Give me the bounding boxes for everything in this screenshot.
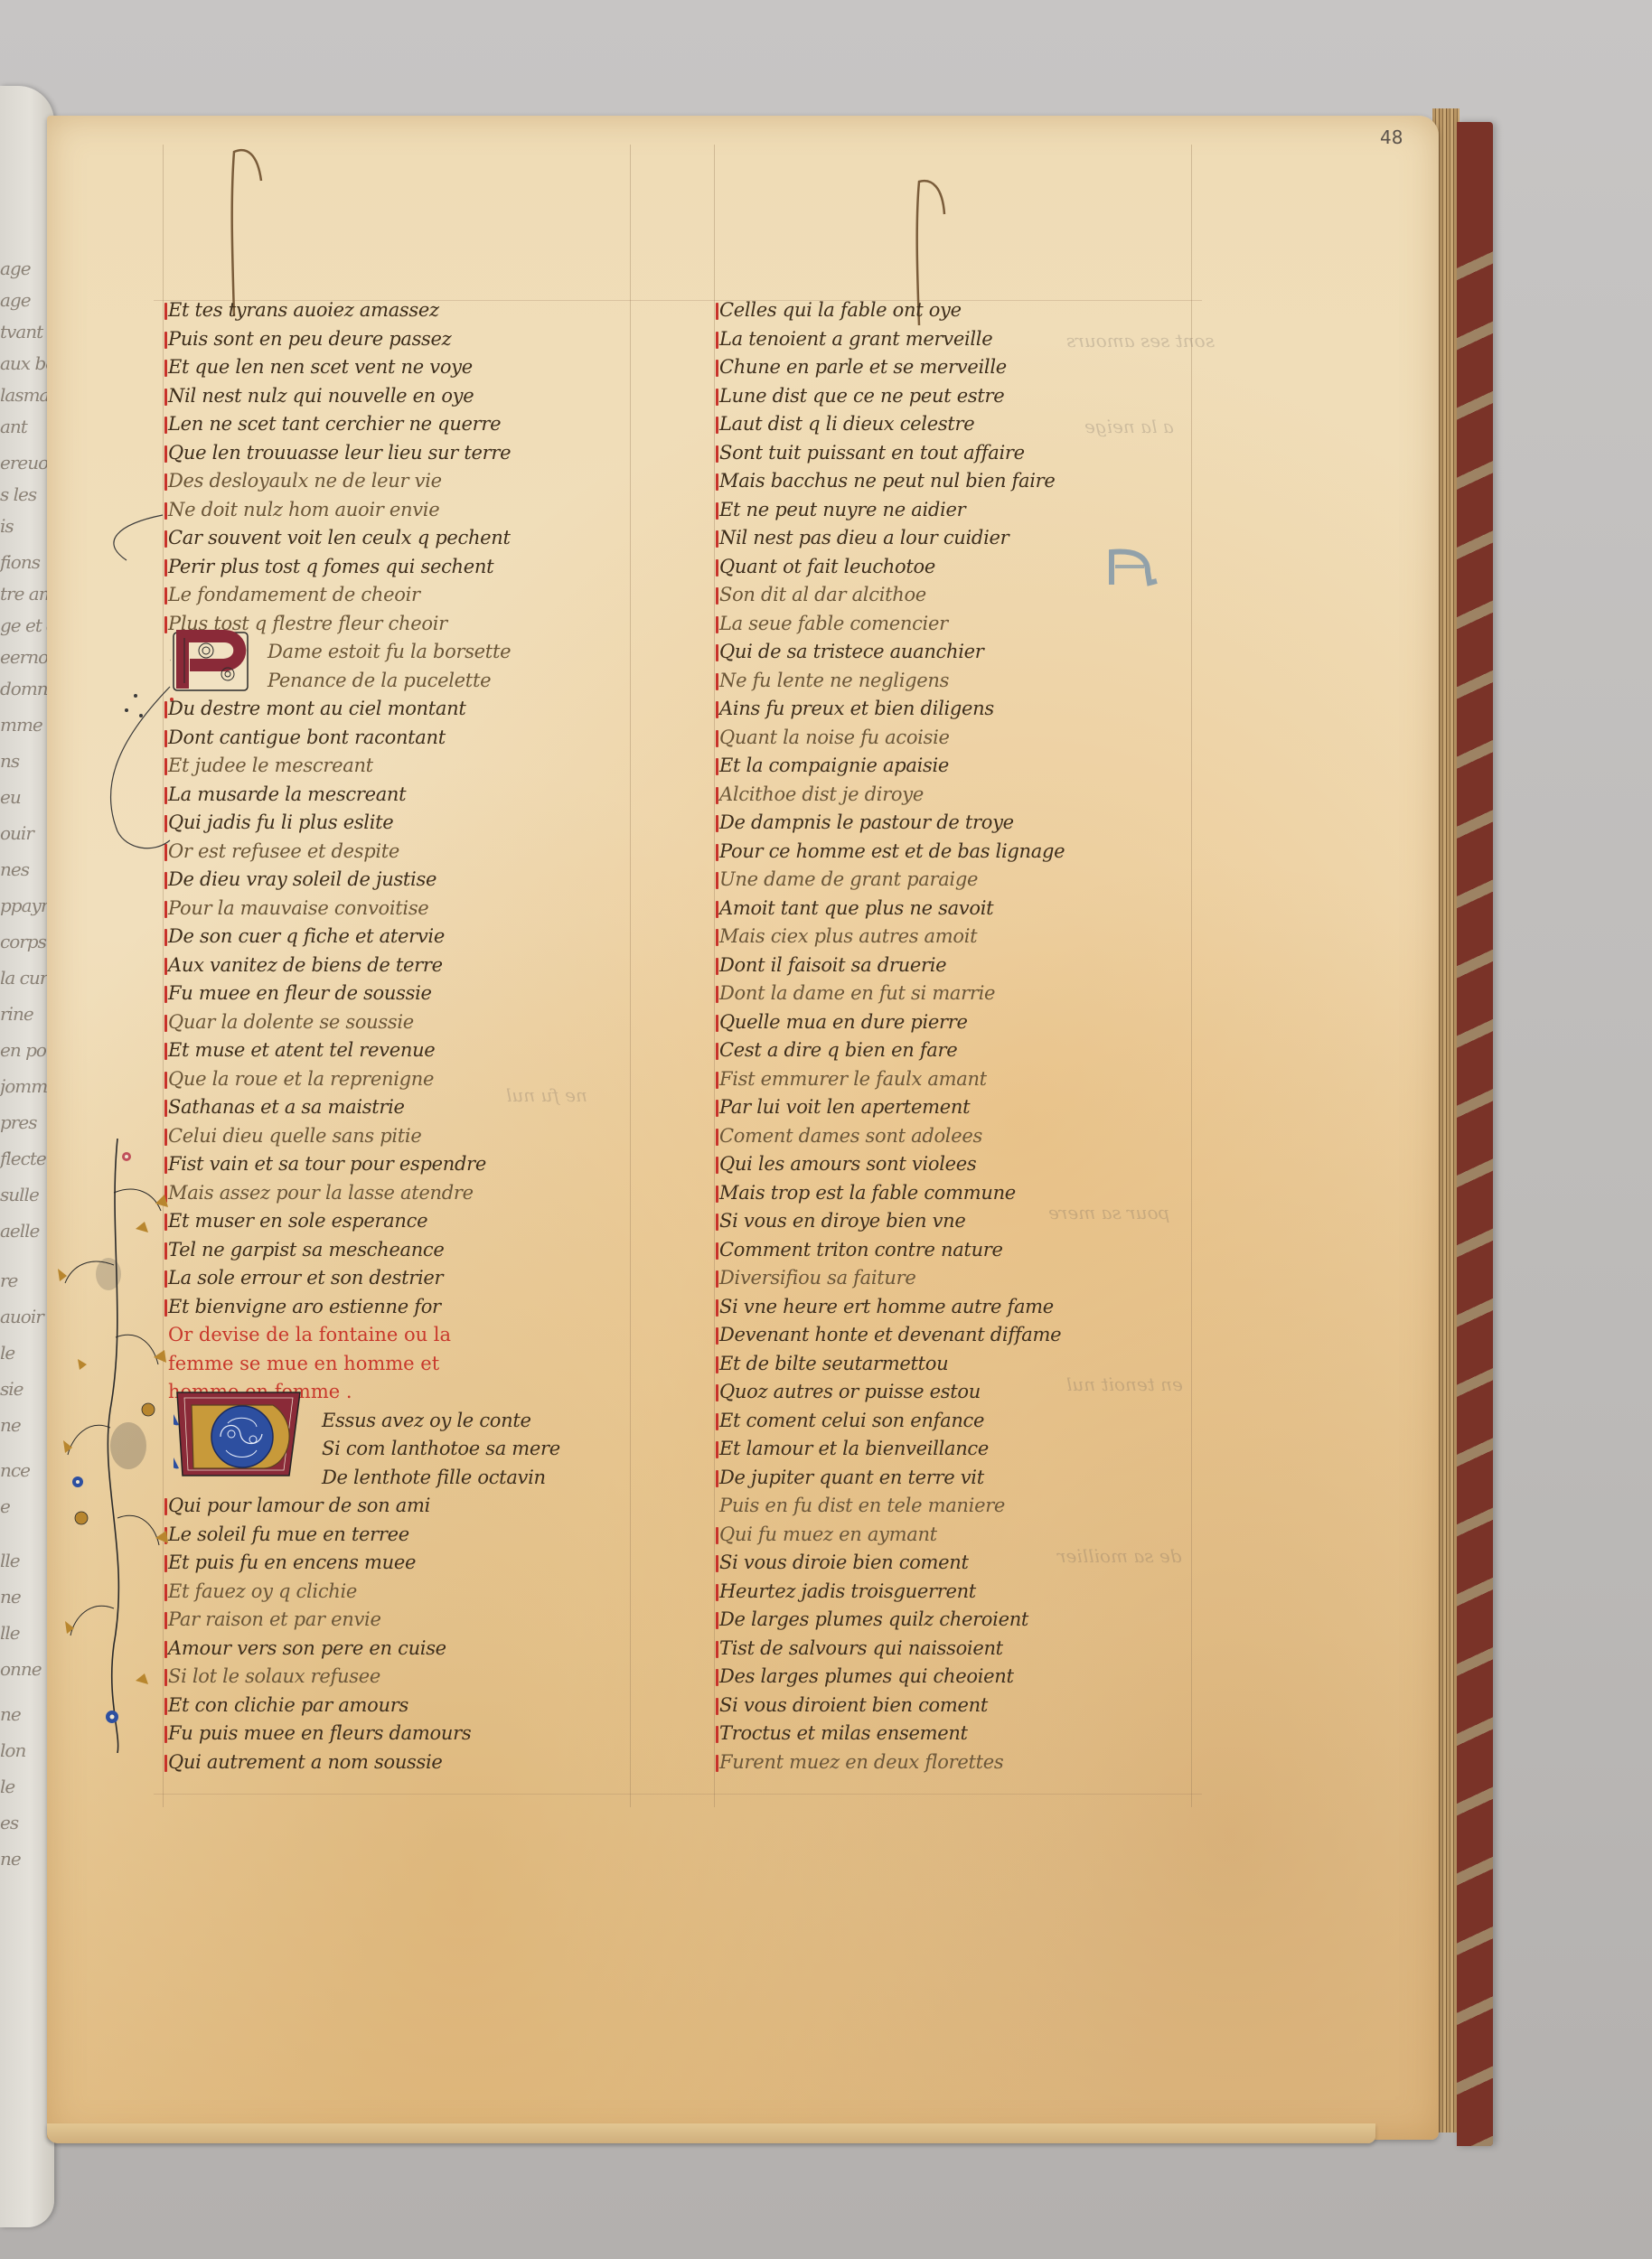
verse-line: Celles qui la fable ont oye: [719, 296, 1225, 325]
verse-line: Et muse et atent tel revenue: [168, 1036, 638, 1065]
verse-line: Devenant honte et devenant diffame: [719, 1321, 1225, 1350]
guide-letter-q: [1104, 547, 1159, 587]
verse-line: Fu muee en fleur de soussie: [168, 980, 638, 1008]
verse-line: Dont la dame en fut si marrie: [719, 980, 1225, 1008]
verse-line: Que len trouuasse leur lieu sur terre: [168, 439, 638, 468]
book-binding: [1457, 122, 1493, 2146]
rubric-line: femme se mue en homme et: [168, 1350, 638, 1379]
verse-line: Mais bacchus ne peut nul bien faire: [719, 467, 1225, 496]
verse-line: Et que len nen scet vent ne voye: [168, 353, 638, 382]
verse-line: De dampnis le pastour de troye: [719, 809, 1225, 838]
verse-line: Et judee le mescreant: [168, 752, 638, 781]
verse-line: De son cuer q fiche et atervie: [168, 923, 638, 951]
verse-line: Si vne heure ert homme autre fame: [719, 1293, 1225, 1322]
verse-line: Si lot le solaux refusee: [168, 1663, 638, 1692]
show-through-text: en tenoit nul: [1066, 1373, 1183, 1395]
verse-line: Pour ce homme est et de bas lignage: [719, 838, 1225, 867]
verse-line: De jupiter quant en terre vit: [719, 1464, 1225, 1493]
folio-number: 48: [1380, 127, 1403, 148]
verse-line: Ains fu preux et bien diligens: [719, 695, 1225, 724]
penwork-flourish: [63, 506, 172, 858]
rubric-line: Or devise de la fontaine ou la: [168, 1321, 638, 1350]
verse-line: Et ne peut nuyre ne aidier: [719, 496, 1225, 525]
verse-line: Et bienvigne aro estienne for: [168, 1293, 638, 1322]
verse-line: Nil nest nulz qui nouvelle en oye: [168, 382, 638, 411]
verse-line: Or est refusee et despite: [168, 838, 638, 867]
verse-line: Tist de salvours qui naissoient: [719, 1635, 1225, 1664]
ascender-flourish: [221, 145, 276, 316]
illuminated-initial-d: [174, 1387, 305, 1482]
verse-line: Lune dist que ce ne peut estre: [719, 382, 1225, 411]
verse-line: Mais ciex plus autres amoit: [719, 923, 1225, 951]
ruling-line: [154, 1794, 1202, 1795]
show-through-text: a la neige: [1084, 416, 1174, 437]
verse-line: Car souvent voit len ceulx q pechent: [168, 524, 638, 553]
verse-line: La seue fable comencier: [719, 610, 1225, 639]
verse-line: Qui jadis fu li plus eslite: [168, 809, 638, 838]
verse-line: La sole errour et son destrier: [168, 1264, 638, 1293]
verse-line: Par lui voit len apertement: [719, 1093, 1225, 1122]
verse-line: Si vous diroient bien coment: [719, 1692, 1225, 1720]
verse-line: Et fauez oy q clichie: [168, 1578, 638, 1607]
verse-line: De larges plumes quilz cheroient: [719, 1606, 1225, 1635]
verse-line: Et lamour et la bienveillance: [719, 1435, 1225, 1464]
verse-line: Aux vanitez de biens de terre: [168, 951, 638, 980]
verse-line: Quar la dolente se soussie: [168, 1008, 638, 1037]
verse-line: Dont cantigue bont racontant: [168, 724, 638, 753]
verse-line: Quelle mua en dure pierre: [719, 1008, 1225, 1037]
verse-line: Et la compaignie apaisie: [719, 752, 1225, 781]
verse-line: Troctus et milas ensement: [719, 1720, 1225, 1748]
verse-line: Puis en fu dist en tele maniere: [719, 1492, 1225, 1521]
verse-line: Et tes tyrans auoiez amassez: [168, 296, 638, 325]
verse-line: Amoit tant que plus ne savoit: [719, 895, 1225, 923]
verse-line: Qui autrement a nom soussie: [168, 1748, 638, 1777]
verse-line: Et muser en sole esperance: [168, 1207, 638, 1236]
verse-line: Des desloyaulx ne de leur vie: [168, 467, 638, 496]
verse-line: Cest a dire q bien en fare: [719, 1036, 1225, 1065]
verse-line: Qui les amours sont violees: [719, 1150, 1225, 1179]
marginal-vine-decoration: [54, 1139, 172, 1753]
facing-page-edge: age age tvant aux bons lasmain ant ereuo…: [0, 86, 54, 2227]
verse-line: Amour vers son pere en cuise: [168, 1635, 638, 1664]
verse-line: Chune en parle et se merveille: [719, 353, 1225, 382]
verse-line: La musarde la mescreant: [168, 781, 638, 810]
verse-line: Diversifiou sa faiture: [719, 1264, 1225, 1293]
verse-line: Len ne scet tant cerchier ne querre: [168, 410, 638, 439]
verse-line: Mais assez pour la lasse atendre: [168, 1179, 638, 1208]
verse-line: Alcithoe dist je diroye: [719, 781, 1225, 810]
verse-line: Et coment celui son enfance: [719, 1407, 1225, 1436]
verse-line: Fist emmurer le faulx amant: [719, 1065, 1225, 1094]
verse-line: Sont tuit puissant en tout affaire: [719, 439, 1225, 468]
verse-line: Qui de sa tristece auanchier: [719, 638, 1225, 667]
verse-line: Comment triton contre nature: [719, 1236, 1225, 1265]
verse-line: Fu puis muee en fleurs damours: [168, 1720, 638, 1748]
verse-line: Le fondamement de cheoir: [168, 581, 638, 610]
verse-line: Et con clichie par amours: [168, 1692, 638, 1720]
verse-line: Qui pour lamour de son ami: [168, 1492, 638, 1521]
page-bottom-edge: [47, 2123, 1375, 2143]
show-through-text: pour sa mere: [1048, 1202, 1169, 1223]
show-through-text: sont ses amours: [1066, 330, 1215, 352]
verse-line: Coment dames sont adolees: [719, 1122, 1225, 1151]
left-column: Et tes tyrans auoiez amassez Puis sont e…: [168, 296, 638, 1776]
ruling-line: [714, 145, 715, 1807]
verse-line: Pour la mauvaise convoitise: [168, 895, 638, 923]
verse-line: Par raison et par envie: [168, 1606, 638, 1635]
verse-line: Fist vain et sa tour pour espendre: [168, 1150, 638, 1179]
verse-line: De dieu vray soleil de justise: [168, 866, 638, 895]
decorated-initial-p: [170, 623, 253, 705]
verse-line: Et puis fu en encens muee: [168, 1549, 638, 1578]
verse-line: Perir plus tost q fomes qui sechent: [168, 553, 638, 582]
verse-line: Des larges plumes qui cheoient: [719, 1663, 1225, 1692]
verse-line: Ne doit nulz hom auoir envie: [168, 496, 638, 525]
show-through-text: ne fu nul: [506, 1084, 587, 1106]
verse-line: Une dame de grant paraige: [719, 866, 1225, 895]
verse-line: Celui dieu quelle sans pitie: [168, 1122, 638, 1151]
show-through-text: de sa moillier: [1057, 1545, 1182, 1567]
verse-line: Furent muez en deux florettes: [719, 1748, 1225, 1777]
verse-line: Heurtez jadis troisguerrent: [719, 1578, 1225, 1607]
verse-line: Ne fu lente ne negligens: [719, 667, 1225, 696]
verse-line: Tel ne garpist sa mescheance: [168, 1236, 638, 1265]
verse-line: Le soleil fu mue en terree: [168, 1521, 638, 1550]
verse-line: Puis sont en peu deure passez: [168, 325, 638, 354]
verse-line: Quant la noise fu acoisie: [719, 724, 1225, 753]
verse-line: Dont il faisoit sa druerie: [719, 951, 1225, 980]
